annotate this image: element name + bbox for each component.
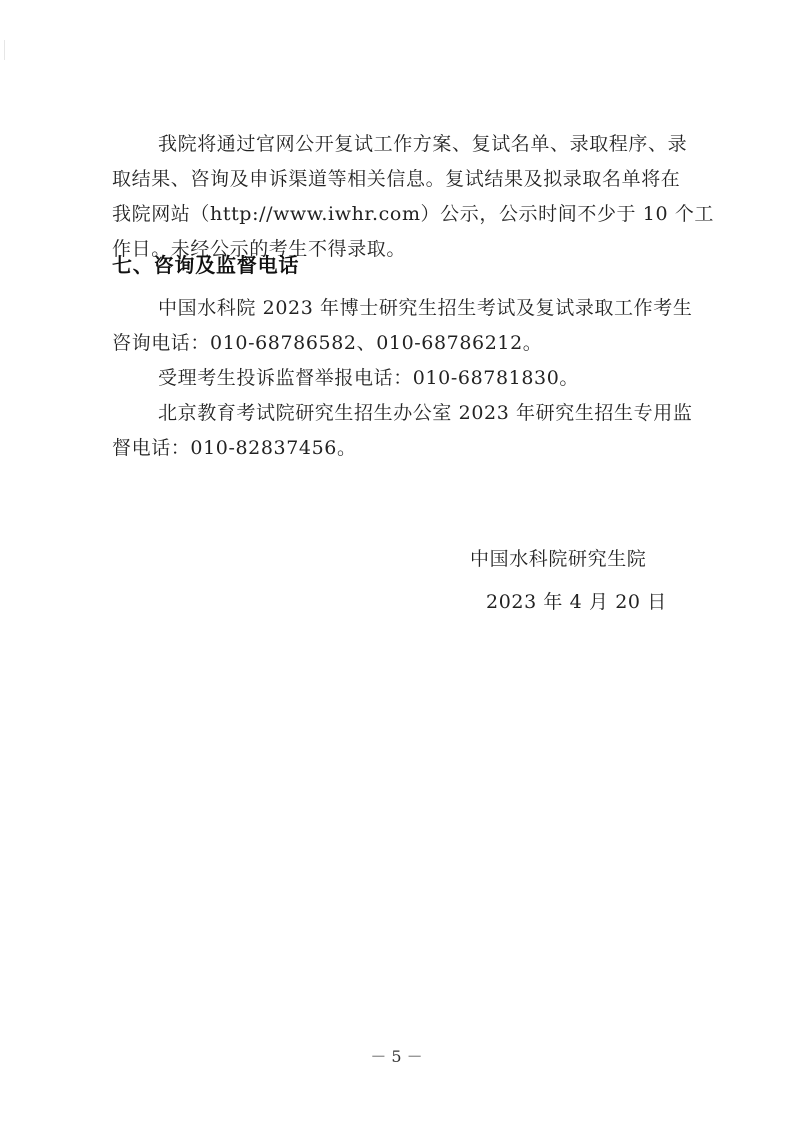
paragraph-beijing-line-1: 北京教育考试院研究生招生办公室 2023 年研究生招生专用监 [158,401,692,425]
paragraph-publicity-line-3: 我院网站（http://www.iwhr.com）公示，公示时间不少于 10 个… [112,202,714,226]
paragraph-consult-line-2: 咨询电话：010-68786582、010-68786212。 [112,331,542,355]
signature-date: 2023 年 4 月 20 日 [486,590,667,614]
document-page: 我院将通过官网公开复试工作方案、复试名单、录取程序、录 取结果、咨询及申诉渠道等… [0,0,793,1122]
paragraph-complaint-line-1: 受理考生投诉监督举报电话：010-68781830。 [158,366,579,390]
paragraph-beijing-line-2: 督电话：010-82837456。 [112,436,357,460]
signature-organization: 中国水科院研究生院 [470,547,646,571]
scan-edge-mark [4,40,5,60]
paragraph-publicity-line-1: 我院将通过官网公开复试工作方案、复试名单、录取程序、录 [158,132,687,156]
section-heading: 七、咨询及监督电话 [112,252,299,278]
paragraph-publicity-line-2: 取结果、咨询及申诉渠道等相关信息。复试结果及拟录取名单将在 [112,167,680,191]
paragraph-consult-line-1: 中国水科院 2023 年博士研究生招生考试及复试录取工作考生 [158,296,692,320]
page-number: － 5 － [0,1044,793,1067]
